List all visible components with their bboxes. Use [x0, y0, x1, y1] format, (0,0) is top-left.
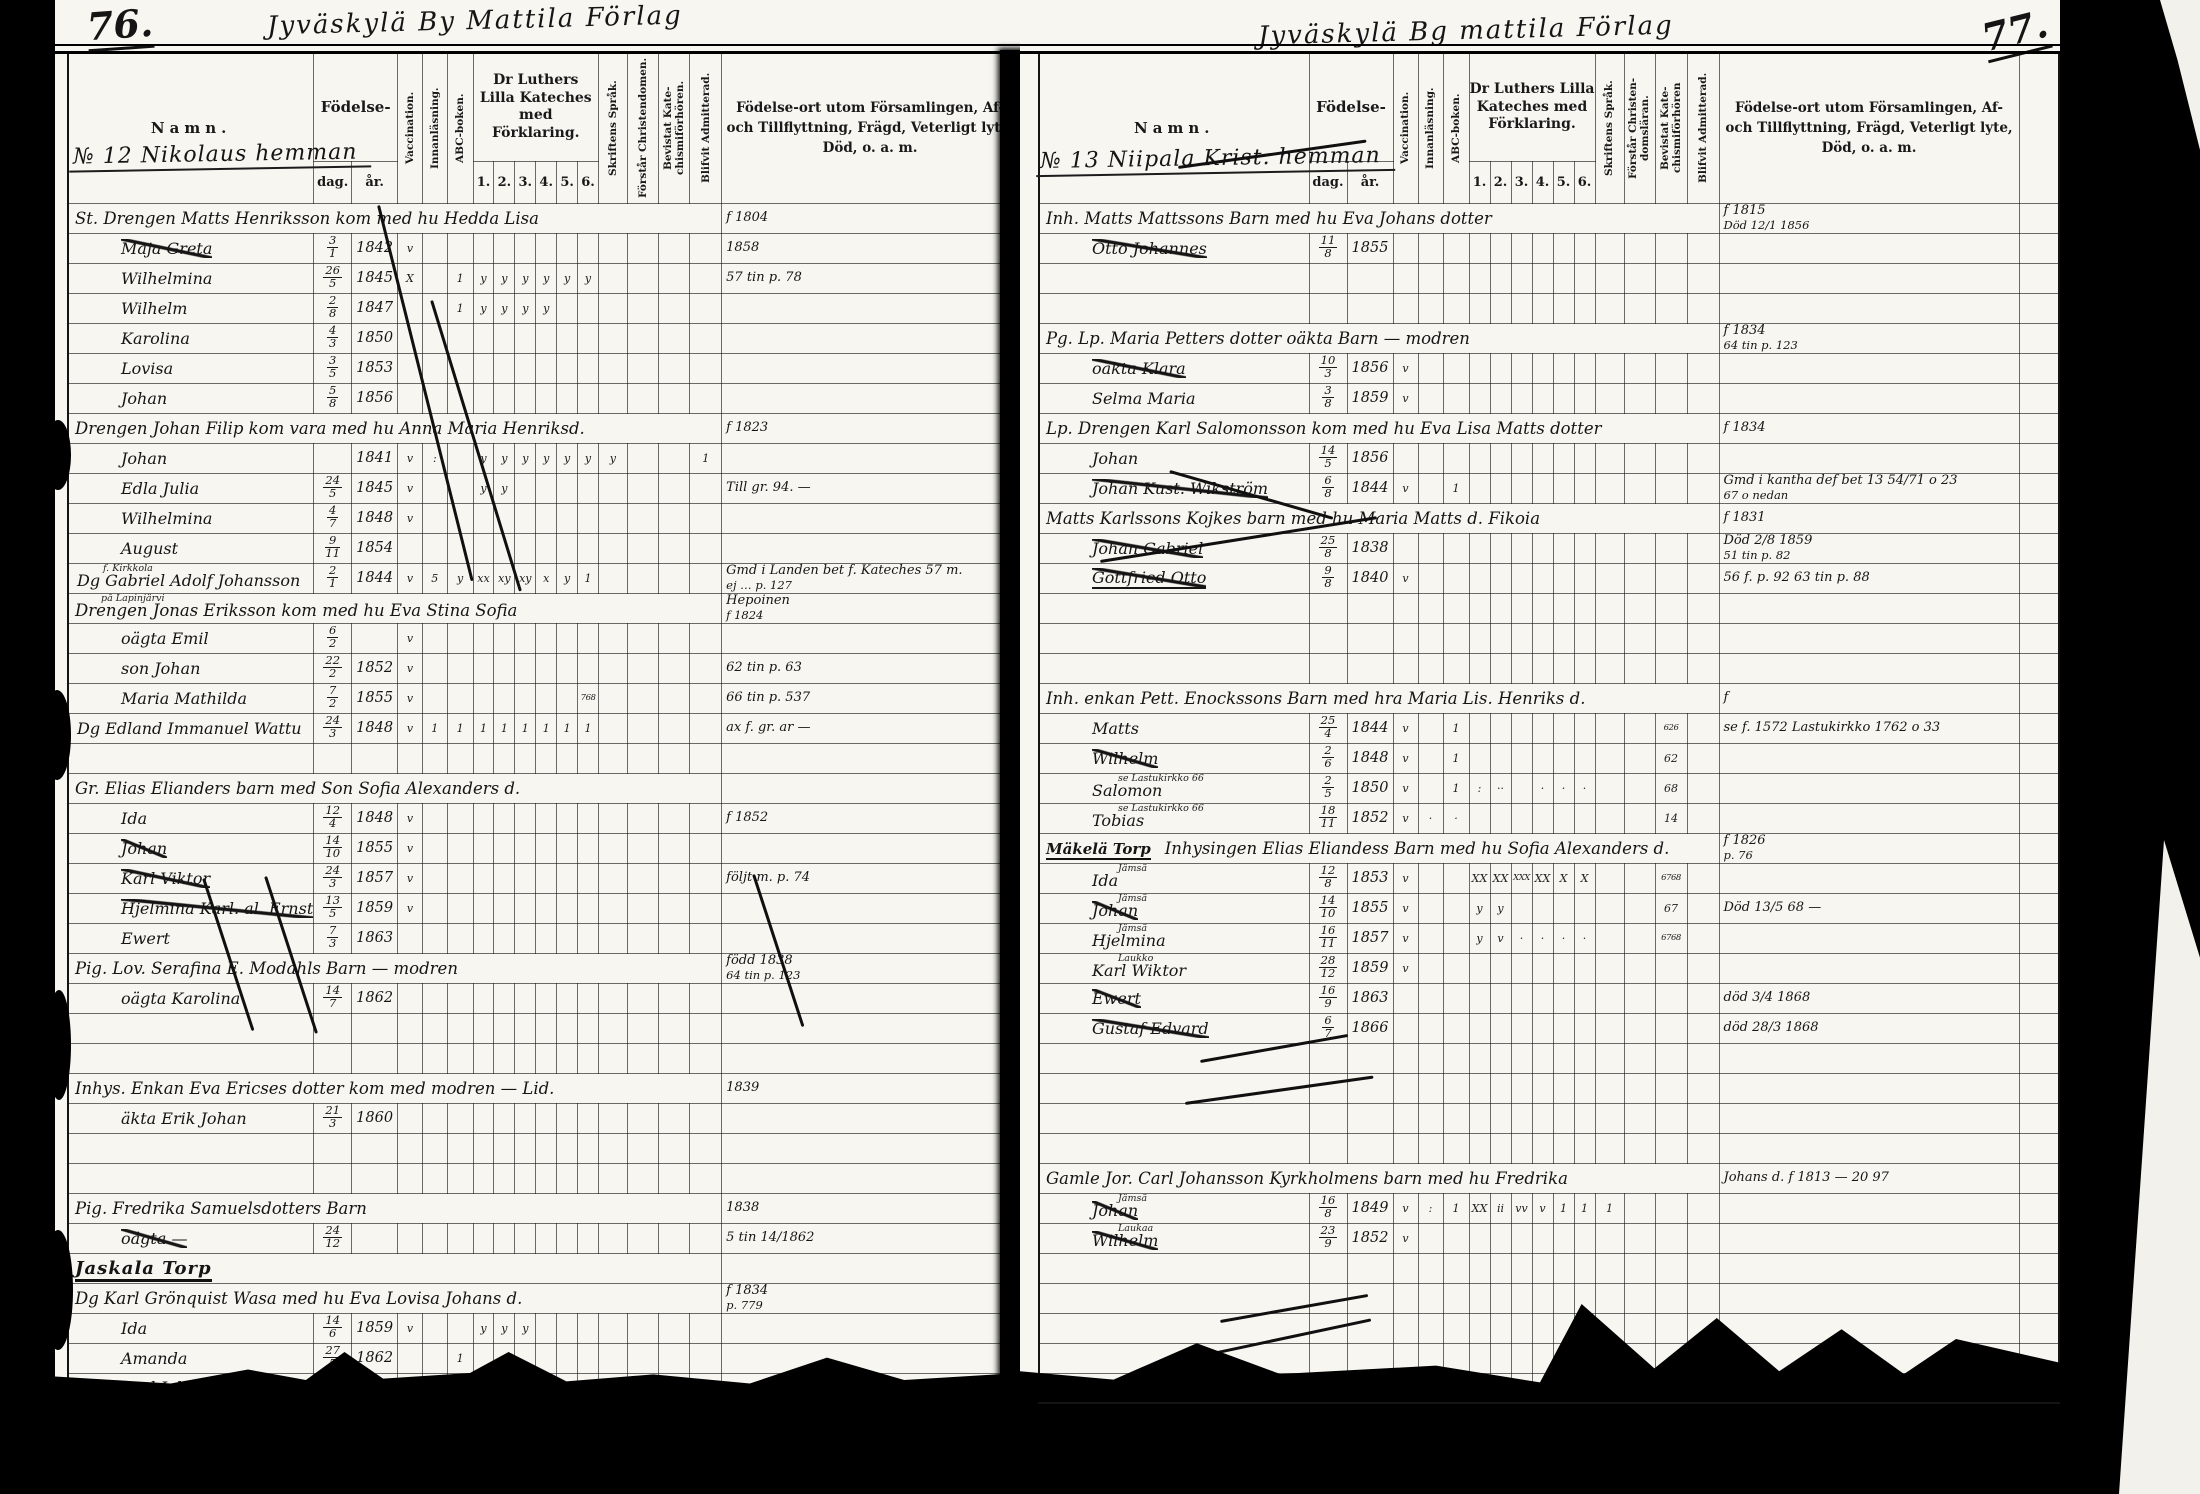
mark-cell — [658, 233, 690, 263]
mark-cell — [627, 1163, 658, 1193]
mark-cell — [1595, 233, 1624, 263]
name-cell: Amanda — [68, 1343, 314, 1373]
mark-cell — [557, 623, 578, 653]
page-edge-cell — [2019, 563, 2059, 593]
mark-cell — [1624, 653, 1655, 683]
mark-cell — [690, 263, 722, 293]
household-entry-heading: Pg. Lp. Maria Petters dotter oäkta Barn … — [1039, 323, 1719, 353]
margin-note: 67 o nedan — [1724, 489, 2015, 502]
mark-cell — [690, 503, 722, 533]
mark-cell — [1511, 1283, 1532, 1313]
ledger-entry-row: Amanda27518621 — [68, 1343, 1019, 1373]
name-cell: JämsäIda — [1039, 863, 1309, 893]
name-cell: Gottfried Otto — [1039, 563, 1309, 593]
mark-cell — [690, 653, 722, 683]
notes-cell — [1719, 1103, 2019, 1133]
page-edge-cell — [2019, 593, 2059, 623]
mark-cell — [658, 353, 690, 383]
mark-cell — [536, 863, 557, 893]
mark-cell — [515, 683, 536, 713]
birth-day-cell: 28 — [314, 293, 352, 323]
mark-cell — [578, 353, 599, 383]
mark-cell — [658, 863, 690, 893]
page-edge-cell — [2019, 413, 2059, 443]
birth-year-cell: 1855 — [1347, 233, 1393, 263]
mark-cell — [1574, 1223, 1595, 1253]
mark-cell — [1418, 1283, 1443, 1313]
mark-cell — [1393, 1283, 1418, 1313]
page-edge-cell — [2019, 803, 2059, 833]
mark-cell — [422, 893, 447, 923]
mark-cell — [1553, 743, 1574, 773]
birth-year-cell — [1347, 1313, 1393, 1343]
mark-cell — [1553, 893, 1574, 923]
birth-day-cell — [1309, 1253, 1347, 1283]
birth-year-cell — [1347, 1103, 1393, 1133]
mark-cell — [1655, 653, 1687, 683]
mark-cell — [447, 833, 473, 863]
mark-cell — [1553, 803, 1574, 833]
mark-cell — [1687, 1103, 1719, 1133]
mark-cell — [515, 503, 536, 533]
mark-cell — [1418, 233, 1443, 263]
mark-cell — [690, 1133, 722, 1163]
name-cell: f. KirkkolaDg Gabriel Adolf Johansson — [68, 563, 314, 593]
mark-cell — [536, 323, 557, 353]
mark-cell — [515, 1163, 536, 1193]
header-rule-left — [55, 44, 1020, 54]
birth-year-cell: 1856 — [1347, 443, 1393, 473]
mark-cell — [398, 743, 423, 773]
birth-year-cell: 1848 — [1347, 743, 1393, 773]
heading-text: Inh. Matts Mattssons Barn med hu Eva Joh… — [1046, 209, 1492, 228]
page-edge-cell — [2019, 1313, 2059, 1343]
mark-cell: · — [1532, 773, 1553, 803]
page-edge-cell — [2019, 1253, 2059, 1283]
mark-cell — [422, 1223, 447, 1253]
mark-cell — [598, 533, 627, 563]
mark-cell — [1624, 983, 1655, 1013]
mark-cell — [1574, 1043, 1595, 1073]
person-name: Amanda — [121, 1349, 187, 1368]
ledger-entry-row: Ida1241848vf 1852 — [68, 803, 1019, 833]
mark-cell — [1511, 263, 1532, 293]
ledger-page-left: 76. Jyväskylä By Mattila Förlag Namn. Fö… — [55, 0, 1020, 1420]
mark-cell — [1595, 353, 1624, 383]
ledger-entry-row: oägta Emil62v — [68, 623, 1019, 653]
mark-cell — [473, 1103, 494, 1133]
mark-cell — [1393, 263, 1418, 293]
margin-note: 1858 — [726, 241, 1014, 256]
mark-cell — [1469, 653, 1490, 683]
mark-cell — [1418, 623, 1443, 653]
mark-cell — [627, 323, 658, 353]
mark-cell — [1624, 1073, 1655, 1103]
margin-note: följt m. p. 74 — [726, 871, 1014, 886]
person-name: Salomon — [1092, 781, 1162, 800]
mark-cell — [422, 623, 447, 653]
name-cell — [1039, 1103, 1309, 1133]
mark-cell — [515, 983, 536, 1013]
mark-cell: 1 — [447, 263, 473, 293]
column-headers-left: Namn. Födelse- Vaccination. Innanläsning… — [68, 53, 1019, 203]
name-cell — [1039, 1313, 1309, 1343]
birth-year-cell: 1855 — [352, 833, 398, 863]
mark-cell — [494, 623, 515, 653]
mark-cell — [398, 383, 423, 413]
margin-note: f 1834 — [726, 1284, 1014, 1299]
mark-cell — [658, 653, 690, 683]
notes-cell — [722, 293, 1019, 323]
mark-cell — [1393, 533, 1418, 563]
mark-cell — [1595, 653, 1624, 683]
mark-cell — [515, 323, 536, 353]
mark-cell — [1624, 1223, 1655, 1253]
mark-cell — [598, 263, 627, 293]
household-entry-heading: Mäkelä TorpInhysingen Elias Eliandess Ba… — [1039, 833, 1719, 863]
mark-cell — [627, 563, 658, 593]
mark-cell — [1418, 893, 1443, 923]
mark-cell — [658, 983, 690, 1013]
mark-cell: y — [494, 293, 515, 323]
mark-cell — [422, 1103, 447, 1133]
ledger-heading-row: Pig. Fredrika Samuelsdotters Barn1838 — [68, 1193, 1019, 1223]
person-name: oägta — — [121, 1229, 187, 1248]
mark-cell — [1511, 443, 1532, 473]
margin-note: Gmd i kantha def bet 13 54/71 o 23 — [1724, 474, 2015, 489]
header-kateches-6: 6. — [578, 161, 599, 203]
mark-cell: 1 — [536, 713, 557, 743]
ledger-blank-row — [1039, 1283, 2059, 1313]
mark-cell — [1595, 533, 1624, 563]
ledger-heading-row: Inh. enkan Pett. Enockssons Barn med hra… — [1039, 683, 2059, 713]
mark-cell: X — [1553, 863, 1574, 893]
mark-cell — [473, 533, 494, 563]
birth-year-cell: 1852 — [1347, 803, 1393, 833]
header-kateches-4: 4. — [536, 161, 557, 203]
mark-cell — [1511, 533, 1532, 563]
mark-cell — [494, 803, 515, 833]
mark-cell — [1469, 1283, 1490, 1313]
mark-cell — [598, 743, 627, 773]
mark-cell: y — [473, 293, 494, 323]
mark-cell: vv — [1511, 1193, 1532, 1223]
birth-day-cell — [1309, 1133, 1347, 1163]
mark-cell — [1574, 233, 1595, 263]
mark-cell — [1490, 1343, 1511, 1373]
mark-cell — [1469, 593, 1490, 623]
mark-cell — [1574, 563, 1595, 593]
person-name: oäkta Klara — [1092, 359, 1186, 378]
mark-cell — [557, 833, 578, 863]
mark-cell: XX — [1532, 863, 1553, 893]
mark-cell — [515, 353, 536, 383]
notes-cell — [722, 983, 1019, 1013]
margin-note: f 1823 — [726, 421, 1014, 436]
mark-cell — [1511, 743, 1532, 773]
birth-year-cell: 1859 — [352, 893, 398, 923]
mark-cell — [1595, 983, 1624, 1013]
mark-cell — [1595, 1223, 1624, 1253]
notes-cell: död 3/4 1868 — [1719, 983, 2019, 1013]
name-cell: oäkta Klara — [1039, 353, 1309, 383]
mark-cell — [578, 923, 599, 953]
mark-cell — [1443, 923, 1469, 953]
mark-cell: · — [1418, 803, 1443, 833]
margin-note: f 1834 — [1724, 421, 2015, 436]
birth-year-cell: 1854 — [352, 533, 398, 563]
mark-cell — [598, 623, 627, 653]
mark-cell — [447, 893, 473, 923]
mark-cell: 1 — [1595, 1193, 1624, 1223]
name-cell: Maja Greta — [68, 233, 314, 263]
mark-cell — [1469, 1223, 1490, 1253]
page-edge-cell — [2019, 653, 2059, 683]
name-cell — [68, 1013, 314, 1043]
mark-cell — [1687, 983, 1719, 1013]
margin-note: f 1834 — [1724, 324, 2015, 339]
person-name: Johan — [121, 449, 167, 468]
ledger-entry-row: Lovisa351853 — [68, 353, 1019, 383]
mark-cell — [536, 533, 557, 563]
mark-cell — [1418, 293, 1443, 323]
household-entry-heading: Lp. Drengen Karl Salomonsson kom med hu … — [1039, 413, 1719, 443]
ledger-entry-row: Gottfried Otto981840v56 f. p. 92 63 tin … — [1039, 563, 2059, 593]
mark-cell — [1624, 1283, 1655, 1313]
birth-day-cell: 68 — [1309, 473, 1347, 503]
name-cell: Wilhelmina — [68, 503, 314, 533]
notes-cell: f 1852 — [722, 803, 1019, 833]
mark-cell — [1532, 893, 1553, 923]
birth-day-cell: 26 — [1309, 743, 1347, 773]
birth-year-cell — [1347, 293, 1393, 323]
ledger-entry-row: Wilhelm2818471yyyy — [68, 293, 1019, 323]
mark-cell — [1469, 533, 1490, 563]
mark-cell: y — [1490, 893, 1511, 923]
name-cell: Lovisa — [68, 353, 314, 383]
header-abc-boken: ABC-boken. — [1443, 53, 1469, 203]
header-kateches-3: 3. — [515, 161, 536, 203]
notes-cell — [1719, 1043, 2019, 1073]
mark-cell — [1418, 983, 1443, 1013]
birth-day-cell — [1309, 623, 1347, 653]
mark-cell — [473, 923, 494, 953]
notes-cell: ax f. gr. ar — — [722, 713, 1019, 743]
mark-cell — [398, 983, 423, 1013]
section-title: Mäkelä Torp — [1046, 840, 1151, 860]
birth-year-cell: 1863 — [1347, 983, 1393, 1013]
birth-year-cell — [352, 1223, 398, 1253]
mark-cell — [658, 1163, 690, 1193]
person-name: Ida — [1092, 871, 1118, 890]
mark-cell — [1624, 1133, 1655, 1163]
margin-note: Gmd i Landen bet f. Kateches 57 m. — [726, 564, 1014, 579]
name-cell: Karolina — [68, 323, 314, 353]
mark-cell: 1 — [447, 713, 473, 743]
birth-day-cell: 243 — [314, 713, 352, 743]
scan-edge-highlight — [2110, 840, 2200, 1494]
birth-day-cell: 72 — [314, 683, 352, 713]
ledger-entry-row: Johan1841v:yyyyyyy1 — [68, 443, 1019, 473]
page-edge-cell — [2019, 1223, 2059, 1253]
mark-cell — [690, 1223, 722, 1253]
person-name: Johan Kust. Wikström — [1092, 479, 1268, 498]
mark-cell: ii — [1490, 1193, 1511, 1223]
mark-cell — [536, 653, 557, 683]
mark-cell — [1490, 1043, 1511, 1073]
birth-year-cell: 1856 — [352, 383, 398, 413]
birth-year-cell: 1856 — [1347, 353, 1393, 383]
mark-cell — [1418, 653, 1443, 683]
mark-cell — [422, 743, 447, 773]
mark-cell — [422, 653, 447, 683]
mark-cell: y — [536, 293, 557, 323]
birth-year-cell: 1841 — [352, 443, 398, 473]
mark-cell — [494, 683, 515, 713]
mark-cell — [658, 833, 690, 863]
notes-cell — [1719, 773, 2019, 803]
ledger-entry-row: LaukaaWilhelm2391852v — [1039, 1223, 2059, 1253]
mark-cell — [690, 1103, 722, 1133]
mark-cell: v — [398, 503, 423, 533]
birth-day-cell: 222 — [314, 653, 352, 683]
mark-cell — [1553, 1073, 1574, 1103]
mark-cell — [1687, 1133, 1719, 1163]
mark-cell — [557, 1043, 578, 1073]
mark-cell — [494, 833, 515, 863]
page-edge-cell — [2019, 1133, 2059, 1163]
mark-cell — [578, 323, 599, 353]
mark-cell — [627, 683, 658, 713]
birth-year-cell — [352, 1043, 398, 1073]
mark-cell — [494, 383, 515, 413]
mark-cell: v — [398, 563, 423, 593]
birth-day-cell: 135 — [314, 893, 352, 923]
mark-cell — [1532, 593, 1553, 623]
mark-cell — [1532, 1223, 1553, 1253]
notes-cell — [722, 503, 1019, 533]
mark-cell — [1511, 473, 1532, 503]
mark-cell — [1624, 293, 1655, 323]
mark-cell: XX — [1469, 1193, 1490, 1223]
mark-cell — [1595, 383, 1624, 413]
birth-day-cell: 911 — [314, 533, 352, 563]
birth-year-cell: 1860 — [352, 1103, 398, 1133]
mark-cell: 1 — [557, 713, 578, 743]
mark-cell — [1532, 713, 1553, 743]
mark-cell — [1532, 563, 1553, 593]
mark-cell — [494, 353, 515, 383]
mark-cell: v — [398, 443, 423, 473]
margin-note: p. 76 — [1724, 849, 2015, 862]
page-edge-cell — [2019, 1163, 2059, 1193]
birth-day-cell: 254 — [1309, 713, 1347, 743]
margin-note: 57 tin p. 78 — [726, 271, 1014, 286]
mark-cell — [1655, 623, 1687, 653]
mark-cell — [1443, 1073, 1469, 1103]
household-entry-heading: Gamle Jor. Carl Johansson Kyrkholmens ba… — [1039, 1163, 1719, 1193]
mark-cell — [627, 263, 658, 293]
mark-cell — [494, 893, 515, 923]
mark-cell — [494, 983, 515, 1013]
notes-cell — [1719, 1193, 2019, 1223]
notes-cell — [1719, 233, 2019, 263]
mark-cell — [536, 1163, 557, 1193]
mark-cell — [494, 1133, 515, 1163]
name-cell: se Lastukirkko 66Tobias — [1039, 803, 1309, 833]
name-cell: JämsäJohan — [1039, 893, 1309, 923]
mark-cell: 1 — [578, 563, 599, 593]
mark-cell — [1595, 1073, 1624, 1103]
mark-cell — [658, 1043, 690, 1073]
mark-cell — [690, 623, 722, 653]
page-edge-cell — [2019, 743, 2059, 773]
mark-cell — [473, 623, 494, 653]
birth-day-cell: 118 — [1309, 233, 1347, 263]
name-cell: Ewert — [68, 923, 314, 953]
mark-cell — [447, 1013, 473, 1043]
ledger-entry-row: Karl Viktor2431857vföljt m. p. 74 — [68, 863, 1019, 893]
mark-cell: 1 — [515, 713, 536, 743]
page-edge-cell — [2019, 233, 2059, 263]
mark-cell — [1624, 713, 1655, 743]
mark-cell — [494, 1043, 515, 1073]
mark-cell: y — [515, 263, 536, 293]
mark-cell — [1443, 383, 1469, 413]
name-cell: Ewert — [1039, 983, 1309, 1013]
mark-cell — [1511, 1223, 1532, 1253]
birth-day-cell: 1410 — [1309, 893, 1347, 923]
mark-cell — [1490, 983, 1511, 1013]
notes-cell — [722, 323, 1019, 353]
ledger-entry-row: Wilhelm261848v162 — [1039, 743, 2059, 773]
mark-cell — [690, 323, 722, 353]
ledger-blank-row — [1039, 1073, 2059, 1103]
mark-cell — [422, 263, 447, 293]
mark-cell: 6768 — [1655, 863, 1687, 893]
mark-cell — [1595, 893, 1624, 923]
birth-day-cell — [1309, 1073, 1347, 1103]
mark-cell — [515, 383, 536, 413]
mark-cell — [1532, 533, 1553, 563]
notes-cell: se f. 1572 Lastukirkko 1762 o 33 — [1719, 713, 2019, 743]
mark-cell — [1595, 773, 1624, 803]
header-kateches-6: 6. — [1574, 161, 1595, 203]
mark-cell — [1418, 593, 1443, 623]
mark-cell — [627, 383, 658, 413]
mark-cell — [1418, 533, 1443, 563]
mark-cell — [598, 323, 627, 353]
mark-cell — [1532, 233, 1553, 263]
person-name: Ida — [121, 1319, 147, 1338]
mark-cell — [1511, 383, 1532, 413]
header-skriftens-sprak: Skriftens Språk. — [1595, 53, 1624, 203]
mark-cell — [690, 983, 722, 1013]
mark-cell — [658, 563, 690, 593]
ledger-table-right: Namn. Födelse- Vaccination. Innanläsning… — [1038, 52, 2060, 1404]
mark-cell — [473, 353, 494, 383]
mark-cell — [1443, 563, 1469, 593]
mark-cell — [1655, 473, 1687, 503]
margin-note: Till gr. 94. — — [726, 481, 1014, 496]
notes-cell: Död 13/5 68 — — [1719, 893, 2019, 923]
mark-cell: 768 — [578, 683, 599, 713]
mark-cell — [422, 353, 447, 383]
notes-cell — [722, 1103, 1019, 1133]
mark-cell — [398, 1133, 423, 1163]
ledger-entry-row: Ewert731863 — [68, 923, 1019, 953]
mark-cell — [494, 863, 515, 893]
